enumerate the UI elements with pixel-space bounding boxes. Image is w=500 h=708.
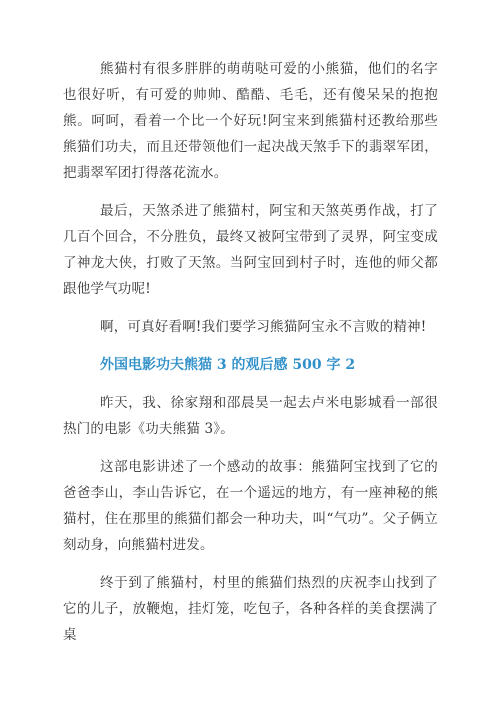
section-heading: 外国电影功夫熊猫 3 的观后感 500 字 2 [63,352,438,378]
paragraph-final-battle: 最后，天煞杀进了熊猫村，阿宝和天煞英勇作战，打了几百个回合，不分胜负，最终又被阿… [63,198,438,302]
paragraph-panda-village-intro: 熊猫村有很多胖胖的萌萌哒可爱的小熊猫，他们的名字也很好听，有可爱的帅帅、酷酷、毛… [63,56,438,186]
paragraph-village-celebration: 终于到了熊猫村，村里的熊猫们热烈的庆祝李山找到了它的儿子，放鞭炮，挂灯笼，吃包子… [63,570,438,648]
paragraph-cinema-visit: 昨天，我、徐家翔和邵晨昊一起去卢米电影城看一部很热门的电影《功夫熊猫 3》。 [63,390,438,442]
paragraph-closing-remark: 啊，可真好看啊!我们要学习熊猫阿宝永不言败的精神! [63,314,438,340]
document-page: 熊猫村有很多胖胖的萌萌哒可爱的小熊猫，他们的名字也很好听，有可爱的帅帅、酷酷、毛… [0,0,500,708]
paragraph-movie-story: 这部电影讲述了一个感动的故事：熊猫阿宝找到了它的爸爸李山，李山告诉它，在一个遥远… [63,454,438,558]
